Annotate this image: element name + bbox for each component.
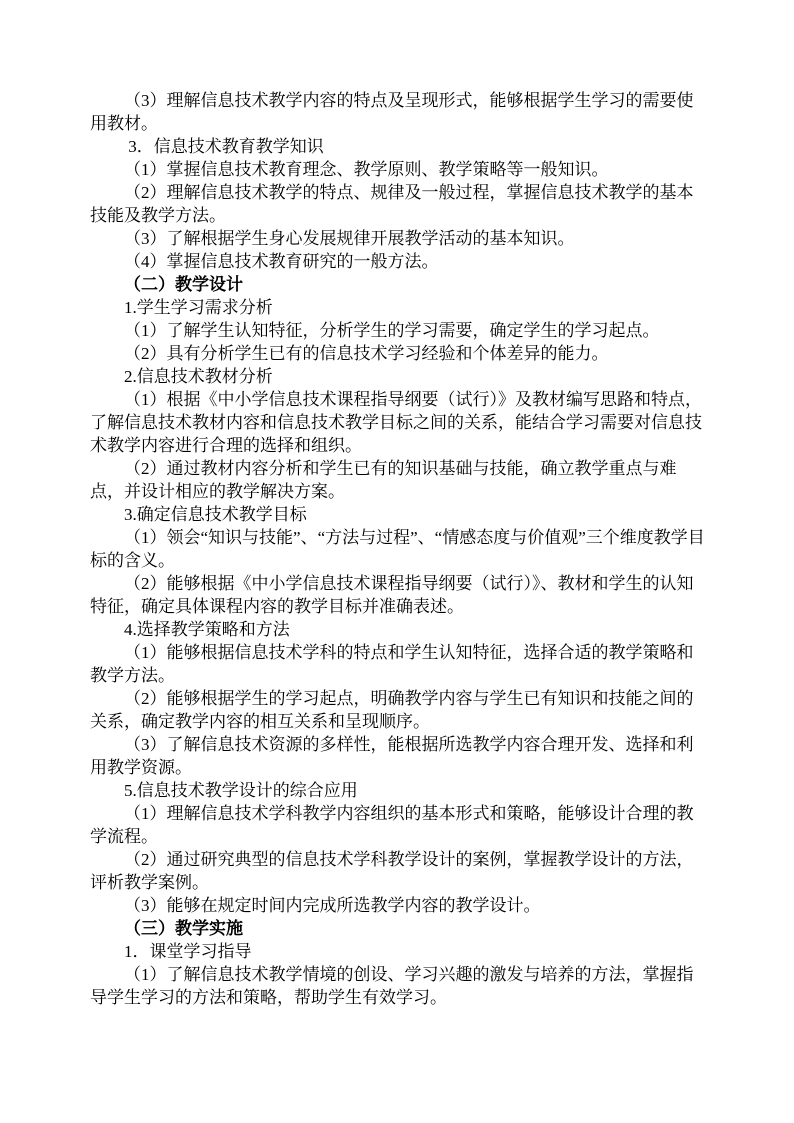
paragraph: （1）领会“知识与技能”、“方法与过程”、“情感态度与价值观”三个维度教学目标的… — [90, 526, 705, 572]
section-heading: （三）教学实施 — [90, 917, 705, 940]
paragraph: （1）掌握信息技术教育理念、教学原则、教学策略等一般知识。 — [90, 158, 705, 181]
paragraph: （1）能够根据信息技术学科的特点和学生认知特征，选择合适的教学策略和教学方法。 — [90, 641, 705, 687]
section-heading: （二）教学设计 — [90, 273, 705, 296]
paragraph: 3．信息技术教育教学知识 — [90, 135, 705, 158]
paragraph: （3）了解根据学生身心发展规律开展教学活动的基本知识。 — [90, 227, 705, 250]
paragraph: （2）能够根据《中小学信息技术课程指导纲要（试行）》、教材和学生的认知特征，确定… — [90, 572, 705, 618]
paragraph: 了解信息技术教材内容和信息技术教学目标之间的关系，能结合学习需要对信息技术教学内… — [90, 411, 705, 457]
paragraph: （3）理解信息技术教学内容的特点及呈现形式，能够根据学生学习的需要使用教材。 — [90, 89, 705, 135]
document-page: （3）理解信息技术教学内容的特点及呈现形式，能够根据学生学习的需要使用教材。 3… — [0, 0, 794, 1123]
paragraph: （1）根据《中小学信息技术课程指导纲要（试行）》及教材编写思路和特点， — [90, 388, 705, 411]
paragraph: （2）具有分析学生已有的信息技术学习经验和个体差异的能力。 — [90, 342, 705, 365]
paragraph: 1.学生学习需求分析 — [90, 296, 705, 319]
paragraph: （4）掌握信息技术教育研究的一般方法。 — [90, 250, 705, 273]
paragraph: （1）理解信息技术学科教学内容组织的基本形式和策略，能够设计合理的教学流程。 — [90, 802, 705, 848]
paragraph: 4.选择教学策略和方法 — [90, 618, 705, 641]
paragraph: （3）能够在规定时间内完成所选教学内容的教学设计。 — [90, 894, 705, 917]
paragraph: （1）了解信息技术教学情境的创设、学习兴趣的激发与培养的方法，掌握指导学生学习的… — [90, 963, 705, 1009]
paragraph: 3.确定信息技术教学目标 — [90, 503, 705, 526]
paragraph: 1．课堂学习指导 — [90, 940, 705, 963]
paragraph: （2）通过教材内容分析和学生已有的知识基础与技能，确立教学重点与难点，并设计相应… — [90, 457, 705, 503]
document-body: （3）理解信息技术教学内容的特点及呈现形式，能够根据学生学习的需要使用教材。 3… — [90, 89, 705, 1009]
paragraph: （1）了解学生认知特征，分析学生的学习需要，确定学生的学习起点。 — [90, 319, 705, 342]
paragraph: （2）通过研究典型的信息技术学科教学设计的案例，掌握教学设计的方法，评析教学案例… — [90, 848, 705, 894]
paragraph: 5.信息技术教学设计的综合应用 — [90, 779, 705, 802]
paragraph: （2）理解信息技术教学的特点、规律及一般过程，掌握信息技术教学的基本技能及教学方… — [90, 181, 705, 227]
paragraph: 2.信息技术教材分析 — [90, 365, 705, 388]
paragraph: （2）能够根据学生的学习起点，明确教学内容与学生已有知识和技能之间的关系，确定教… — [90, 687, 705, 733]
paragraph: （3）了解信息技术资源的多样性，能根据所选教学内容合理开发、选择和利用教学资源。 — [90, 733, 705, 779]
